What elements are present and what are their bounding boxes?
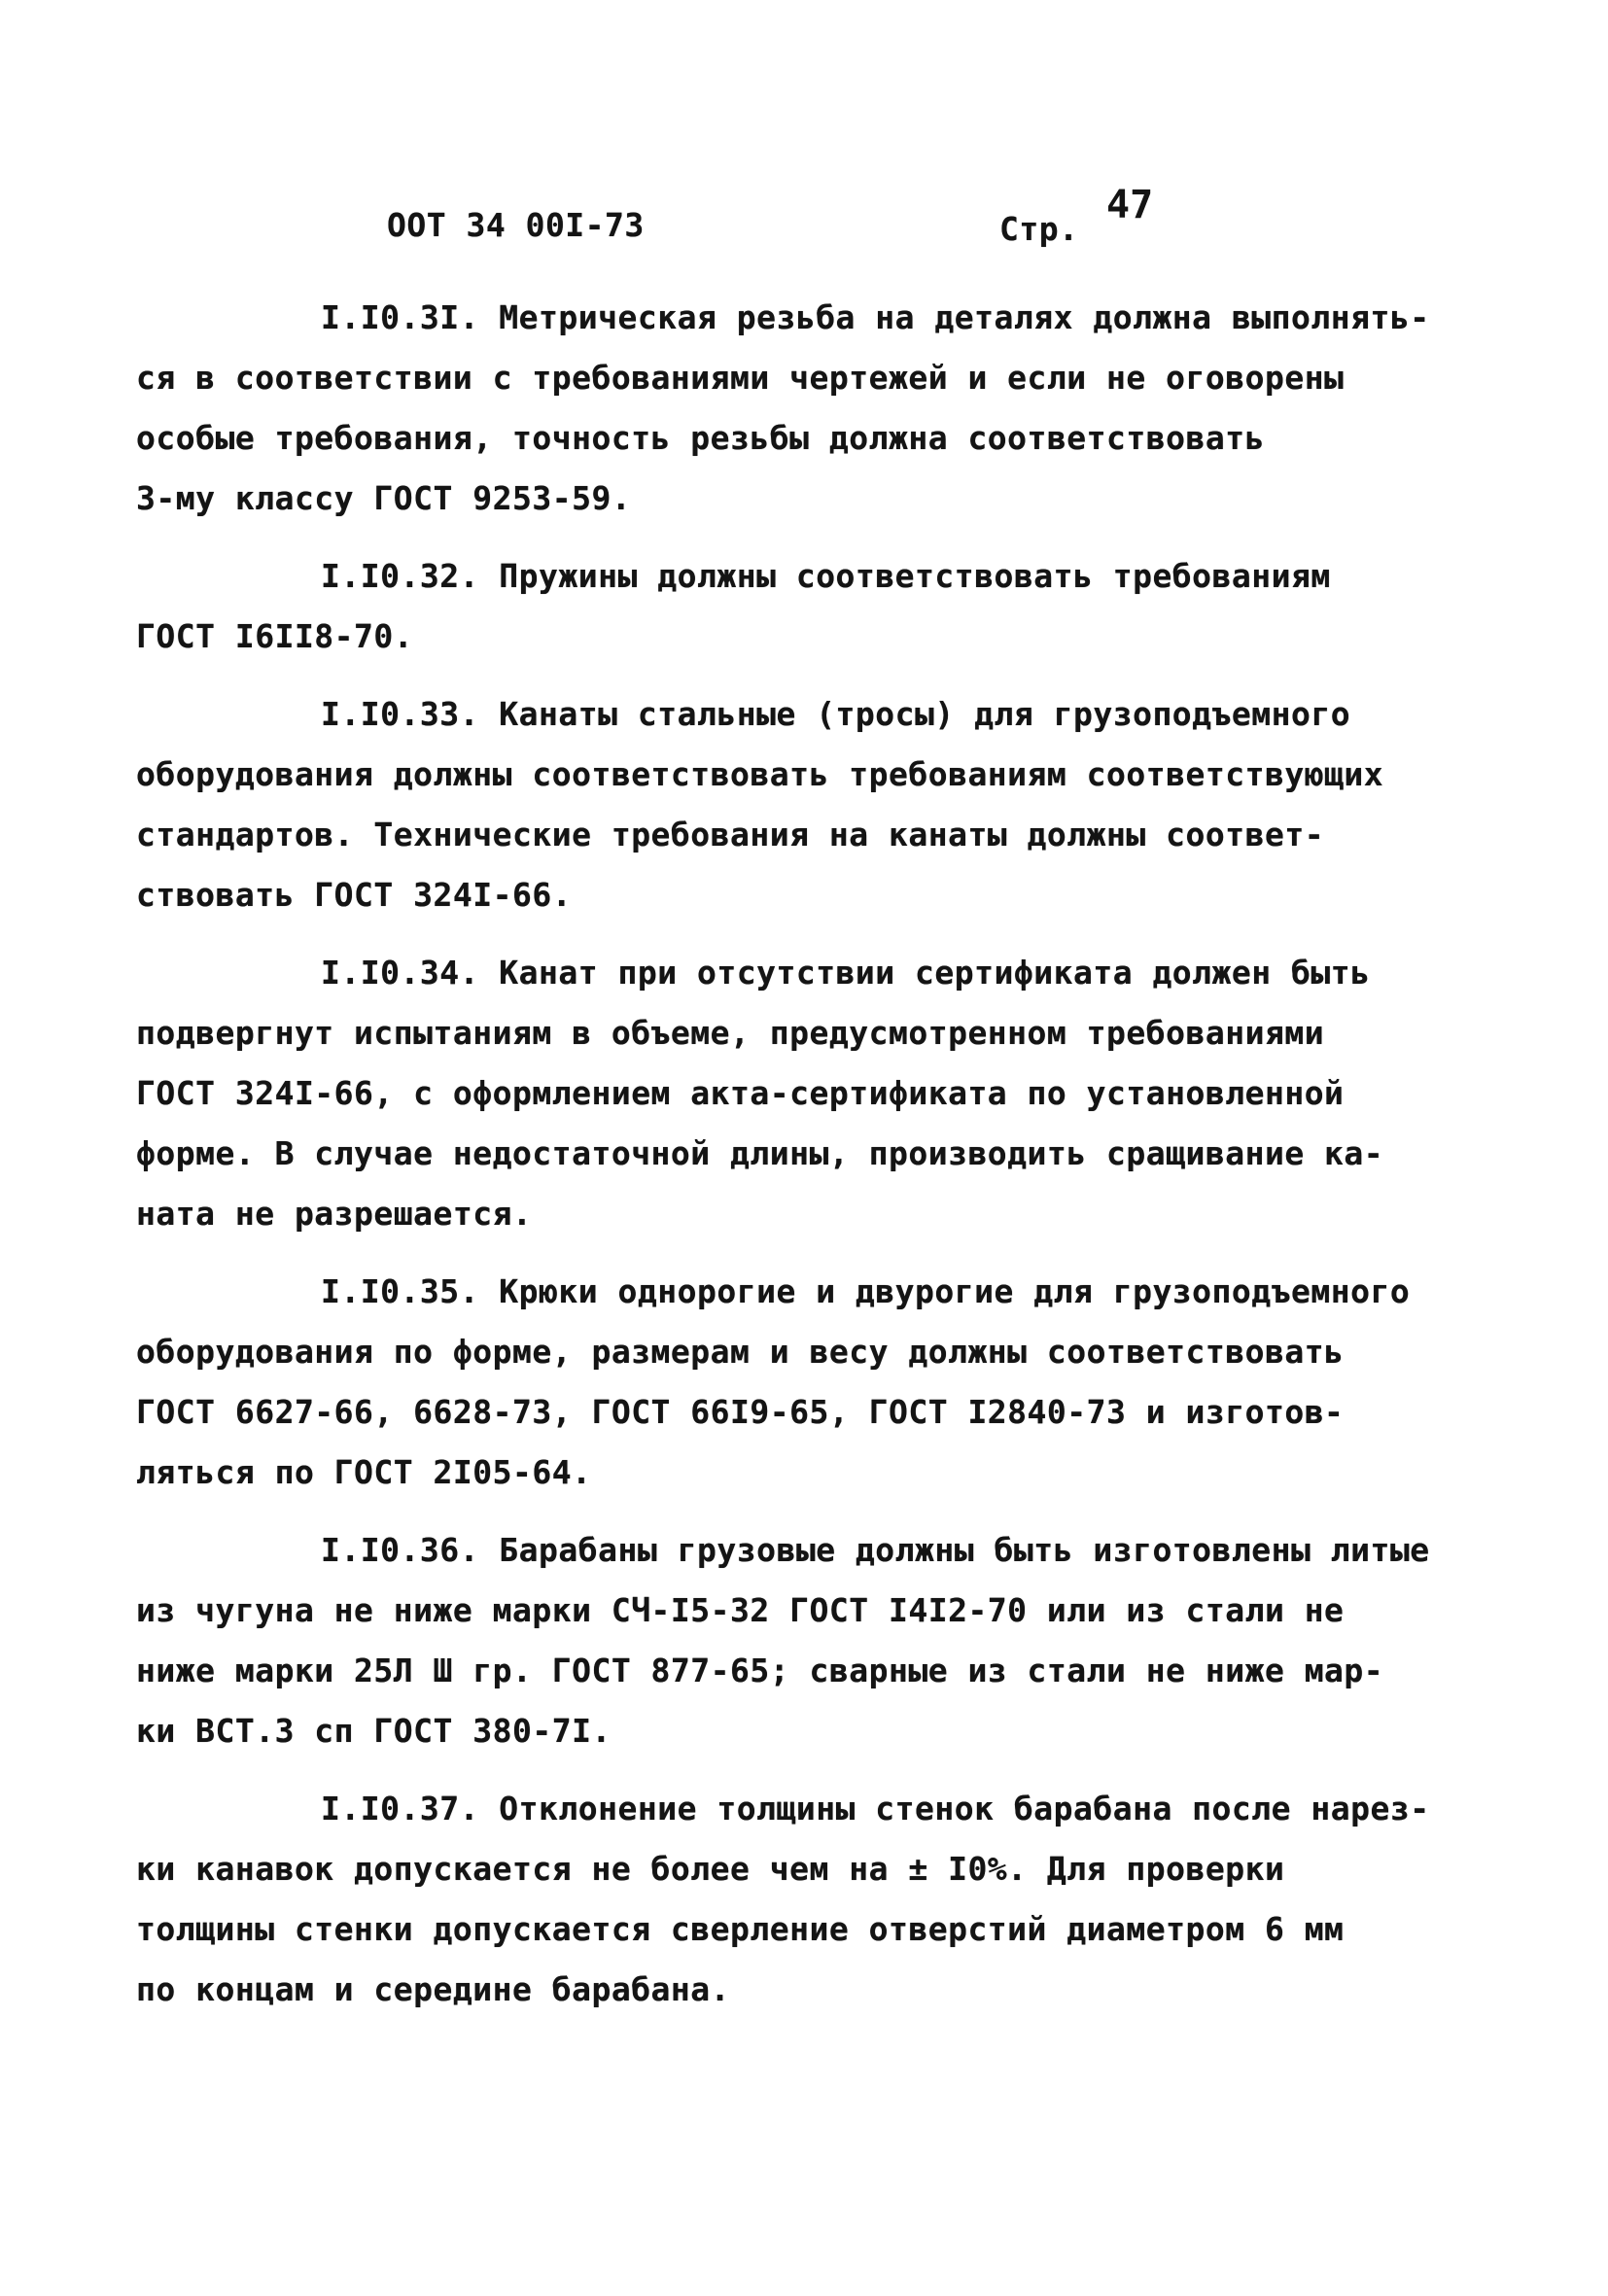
text-line: оборудования должны соответствовать треб… xyxy=(136,745,1492,805)
text-line: оборудования по форме, размерам и весу д… xyxy=(136,1322,1492,1382)
doc-number: ООТ 34 00I-73 xyxy=(387,206,645,244)
text-line: ся в соответствии с требованиями чертеже… xyxy=(136,348,1492,408)
text-line: I.I0.35. Крюки однорогие и двурогие для … xyxy=(136,1262,1492,1322)
text-line: I.I0.37. Отклонение толщины стенок бараб… xyxy=(136,1779,1492,1839)
text-line: подвергнут испытаниям в объеме, предусмо… xyxy=(136,1003,1492,1063)
text-line: из чугуна не ниже марки СЧ-I5-32 ГОСТ I4… xyxy=(136,1581,1492,1641)
text-line: ГОСТ 324I-66, с оформлением акта-сертифи… xyxy=(136,1063,1492,1124)
text-line: I.I0.33. Канаты стальные (тросы) для гру… xyxy=(136,684,1492,745)
paragraph-1-10-35: I.I0.35. Крюки однорогие и двурогие для … xyxy=(136,1262,1492,1503)
text-line: ляться по ГОСТ 2I05-64. xyxy=(136,1443,1492,1503)
text-line: I.I0.36. Барабаны грузовые должны быть и… xyxy=(136,1520,1492,1581)
text-line: стандартов. Технические требования на ка… xyxy=(136,805,1492,865)
text-line: ствовать ГОСТ 324I-66. xyxy=(136,865,1492,925)
page-header: ООТ 34 00I-73 Стр. 47 xyxy=(0,0,1608,272)
page-number: 47 xyxy=(1106,183,1153,227)
paragraph-1-10-31: I.I0.3I. Метрическая резьба на деталях д… xyxy=(136,288,1492,529)
paragraph-1-10-34: I.I0.34. Канат при отсутствии сертификат… xyxy=(136,943,1492,1244)
text-line: по концам и середине барабана. xyxy=(136,1960,1492,2020)
paragraph-1-10-32: I.I0.32. Пружины должны соответствовать … xyxy=(136,546,1492,667)
text-line: ната не разрешается. xyxy=(136,1184,1492,1244)
text-line: ГОСТ 6627-66, 6628-73, ГОСТ 66I9-65, ГОС… xyxy=(136,1382,1492,1443)
paragraph-1-10-37: I.I0.37. Отклонение толщины стенок бараб… xyxy=(136,1779,1492,2020)
text-line: особые требования, точность резьбы должн… xyxy=(136,408,1492,469)
paragraph-1-10-33: I.I0.33. Канаты стальные (тросы) для гру… xyxy=(136,684,1492,925)
text-line: I.I0.3I. Метрическая резьба на деталях д… xyxy=(136,288,1492,348)
document-body: I.I0.3I. Метрическая резьба на деталях д… xyxy=(136,288,1492,2020)
text-line: ки ВСТ.3 сп ГОСТ 380-7I. xyxy=(136,1701,1492,1761)
text-line: I.I0.32. Пружины должны соответствовать … xyxy=(136,546,1492,607)
text-line: I.I0.34. Канат при отсутствии сертификат… xyxy=(136,943,1492,1003)
document-page: ООТ 34 00I-73 Стр. 47 I.I0.3I. Метрическ… xyxy=(0,0,1608,2296)
text-line: 3-му классу ГОСТ 9253-59. xyxy=(136,469,1492,529)
text-line: толщины стенки допускается сверление отв… xyxy=(136,1899,1492,1960)
text-line: форме. В случае недостаточной длины, про… xyxy=(136,1124,1492,1184)
text-line: ГОСТ I6II8-70. xyxy=(136,607,1492,667)
paragraph-1-10-36: I.I0.36. Барабаны грузовые должны быть и… xyxy=(136,1520,1492,1761)
text-line: ки канавок допускается не более чем на ±… xyxy=(136,1839,1492,1899)
text-line: ниже марки 25Л Ш гр. ГОСТ 877-65; сварны… xyxy=(136,1641,1492,1701)
page-label: Стр. xyxy=(999,210,1078,248)
